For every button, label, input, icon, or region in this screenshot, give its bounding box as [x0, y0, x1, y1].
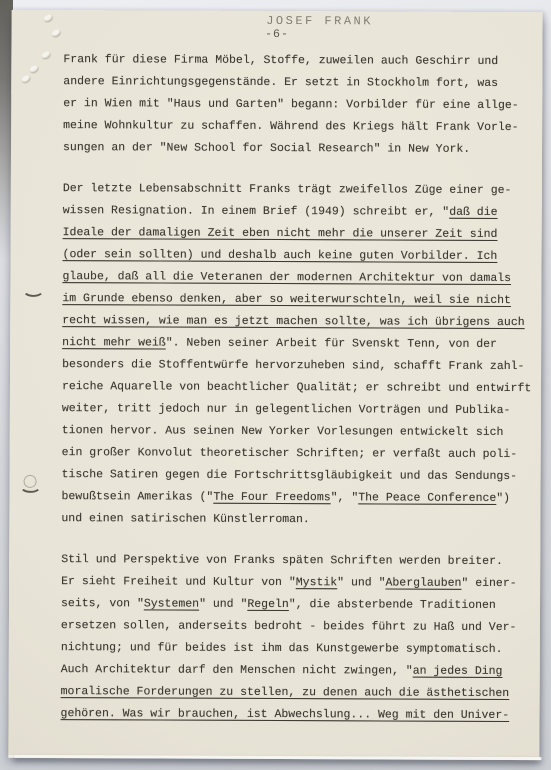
text-line: Der letzte Lebensabschnitt Franks trägt …	[63, 178, 541, 202]
text-line: ein großer Konvolut theoretischer Schrif…	[62, 442, 540, 466]
text-line: nichtung; und für beides ist ihm das Kun…	[61, 637, 539, 661]
text-line: sungen an der "New School for Social Res…	[63, 137, 541, 161]
text-line: Auch Architektur darf den Menschen nicht…	[61, 659, 539, 683]
text-line: tionen hervor. Aus seinen New Yorker Vor…	[62, 420, 540, 444]
document-page: JOSEF FRANK -6- Frank für diese Firma Mö…	[8, 10, 542, 757]
text-line: bewußtsein Amerikas ("The Four Freedoms"…	[61, 486, 539, 510]
text-line: reiche Aquarelle von beachtlicher Qualit…	[62, 376, 540, 400]
text-line: weiter, tritt jedoch nur in gelegentlich…	[62, 398, 540, 422]
text-line: glaube, daß all die Veteranen der modern…	[62, 266, 540, 290]
clipped-page-header: JOSEF FRANK	[240, 11, 400, 25]
text-line: besonders die Stoffentwürfe hervorzuhebe…	[62, 354, 540, 378]
text-line: nicht mehr weiß". Neben seiner Arbeit fü…	[62, 332, 540, 356]
text-line: er in Wien mit "Haus und Garten" begann:…	[63, 93, 541, 117]
text-line: Stil und Perspektive von Franks späten S…	[61, 549, 539, 573]
text-line: meine Wohnkultur zu schaffen. Während de…	[63, 115, 541, 139]
scan-background: JOSEF FRANK -6- Frank für diese Firma Mö…	[0, 0, 551, 770]
paragraph: Der letzte Lebensabschnitt Franks trägt …	[61, 178, 541, 532]
text-line: tische Satiren gegen die Fortschrittsglä…	[62, 464, 540, 488]
text-line: ersetzen sollen, anderseits bedroht - be…	[61, 615, 539, 639]
text-line: recht wissen, wie man es jetzt machen so…	[62, 310, 540, 334]
text-line: moralische Forderungen zu stellen, zu de…	[61, 681, 539, 705]
text-line: Er sieht Freiheit und Kultur von "Mystik…	[61, 571, 539, 595]
page-number: -6-	[11, 27, 542, 42]
text-line: gehören. Was wir brauchen, ist Abwechslu…	[61, 703, 539, 727]
text-line: Ideale der damaligen Zeit eben nicht meh…	[63, 222, 541, 246]
text-line: (oder sein sollten) und deshalb auch kei…	[63, 244, 541, 268]
clipped-header-text: JOSEF FRANK	[266, 14, 373, 25]
text-line: andere Einrichtungsgegenstände. Er setzt…	[63, 71, 541, 95]
text-line: im Grunde ebenso denken, aber so weiterw…	[62, 288, 540, 312]
punch-arc-mark	[22, 282, 44, 297]
text-line: Frank für diese Firma Möbel, Stoffe, zuw…	[63, 49, 541, 73]
text-line: wissen Resignation. In einem Brief (1949…	[63, 200, 541, 224]
text-line: und einen satirischen Künstlerroman.	[61, 508, 539, 532]
text-block: Frank für diese Firma Möbel, Stoffe, zuw…	[61, 49, 542, 727]
text-line: seits, von "Systemen" und "Regeln", die …	[61, 593, 539, 617]
paragraph: Stil und Perspektive von Franks späten S…	[61, 549, 540, 727]
punch-circle-mark	[20, 478, 42, 493]
paragraph: Frank für diese Firma Möbel, Stoffe, zuw…	[63, 49, 541, 161]
